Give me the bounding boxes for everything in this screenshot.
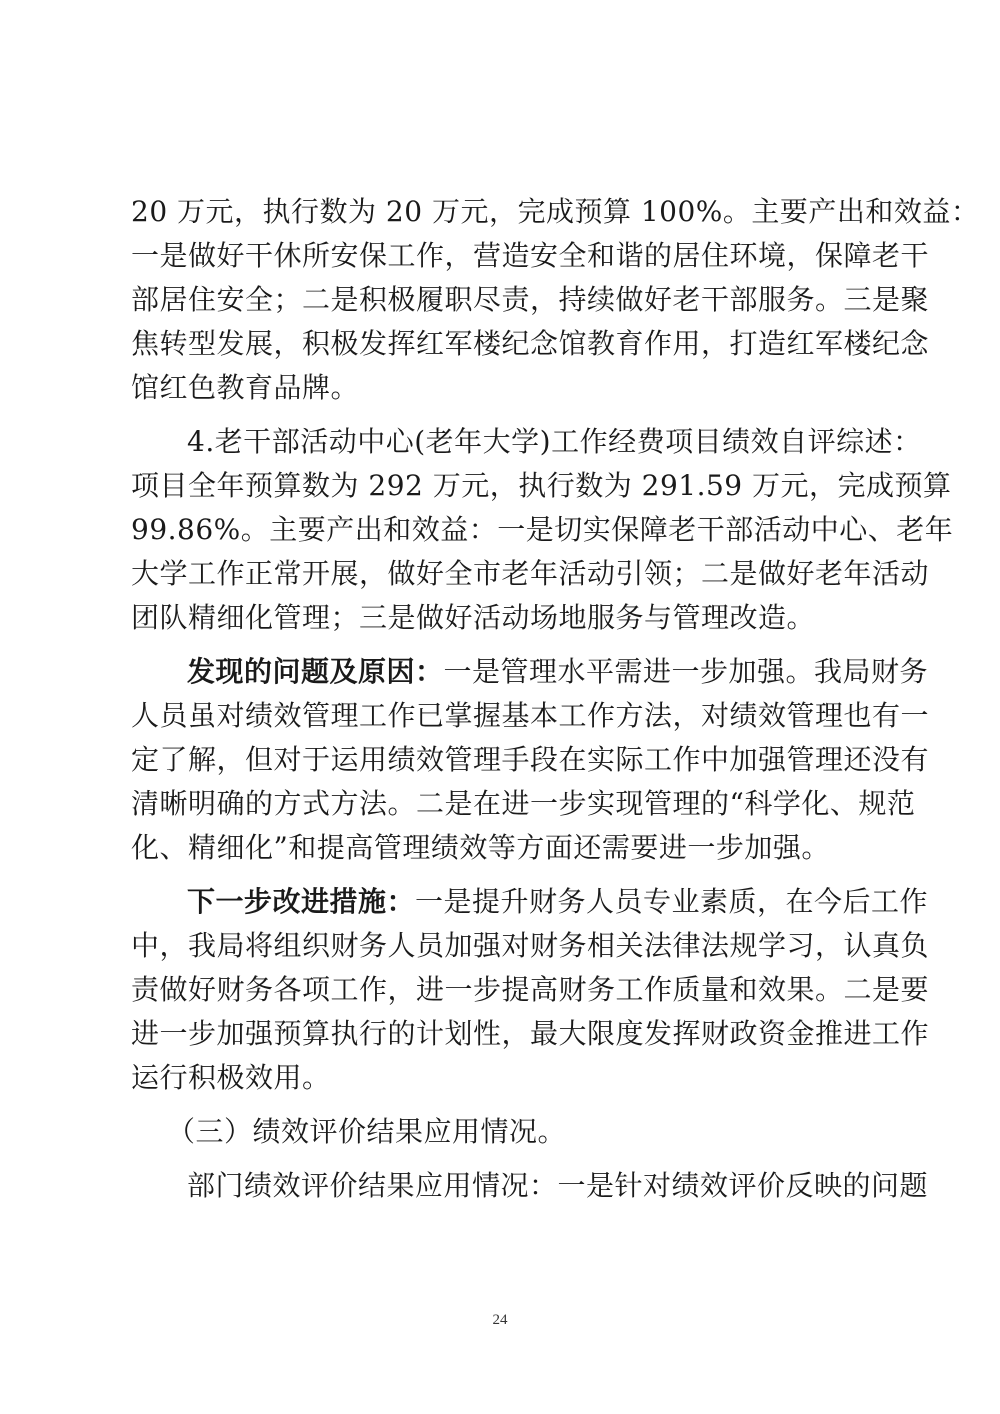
section-heading-evaluation-results: （三）绩效评价结果应用情况。 bbox=[131, 1110, 871, 1154]
document-page: 20 万元，执行数为 20 万元，完成预算 100%。主要产出和效益： 一是做好… bbox=[0, 0, 1000, 1414]
text-line: 部门绩效评价结果应用情况：一是针对绩效评价反映的问题 bbox=[131, 1164, 871, 1208]
text-line: 一是做好干休所安保工作，营造安全和谐的居住环境，保障老干 bbox=[131, 234, 871, 278]
paragraph-improvement-measures: 下一步改进措施：一是提升财务人员专业素质，在今后工作 中，我局将组织财务人员加强… bbox=[131, 880, 871, 1100]
text-line: 中，我局将组织财务人员加强对财务相关法律法规学习，认真负 bbox=[131, 924, 871, 968]
text-line: 部居住安全；二是积极履职尽责，持续做好老干部服务。三是聚 bbox=[131, 278, 871, 322]
text-line: 清晰明确的方式方法。二是在进一步实现管理的“科学化、规范 bbox=[131, 782, 871, 826]
text-line: 运行积极效用。 bbox=[131, 1056, 871, 1100]
text-line: （三）绩效评价结果应用情况。 bbox=[131, 1110, 871, 1154]
text-line: 焦转型发展，积极发挥红军楼纪念馆教育作用，打造红军楼纪念 bbox=[131, 322, 871, 366]
text-line: 责做好财务各项工作，进一步提高财务工作质量和效果。二是要 bbox=[131, 968, 871, 1012]
text-line: 人员虽对绩效管理工作已掌握基本工作方法，对绩效管理也有一 bbox=[131, 694, 871, 738]
paragraph-evaluation-results-application: 部门绩效评价结果应用情况：一是针对绩效评价反映的问题 bbox=[131, 1164, 871, 1208]
paragraph-project-3-summary-continued: 20 万元，执行数为 20 万元，完成预算 100%。主要产出和效益： 一是做好… bbox=[131, 190, 871, 410]
text-line: 进一步加强预算执行的计划性，最大限度发挥财政资金推进工作 bbox=[131, 1012, 871, 1056]
text-line: 定了解，但对于运用绩效管理手段在实际工作中加强管理还没有 bbox=[131, 738, 871, 782]
section-heading-improvements: 下一步改进措施： bbox=[187, 885, 415, 918]
section-heading-issues: 发现的问题及原因： bbox=[187, 655, 444, 688]
text-line: 团队精细化管理；三是做好活动场地服务与管理改造。 bbox=[131, 596, 871, 640]
text-line: 发现的问题及原因：一是管理水平需进一步加强。我局财务 bbox=[131, 650, 871, 694]
paragraph-issues-and-causes: 发现的问题及原因：一是管理水平需进一步加强。我局财务 人员虽对绩效管理工作已掌握… bbox=[131, 650, 871, 870]
text-line: 大学工作正常开展，做好全市老年活动引领；二是做好老年活动 bbox=[131, 552, 871, 596]
document-body: 20 万元，执行数为 20 万元，完成预算 100%。主要产出和效益： 一是做好… bbox=[131, 190, 871, 1208]
text-run: 一是提升财务人员专业素质，在今后工作 bbox=[415, 885, 928, 918]
text-line: 项目全年预算数为 292 万元，执行数为 291.59 万元，完成预算 bbox=[131, 464, 871, 508]
text-line: 4.老干部活动中心(老年大学)工作经费项目绩效自评综述： bbox=[131, 420, 871, 464]
text-line: 20 万元，执行数为 20 万元，完成预算 100%。主要产出和效益： bbox=[131, 190, 871, 234]
text-run: 一是管理水平需进一步加强。我局财务 bbox=[444, 655, 929, 688]
text-line: 化、精细化”和提高管理绩效等方面还需要进一步加强。 bbox=[131, 826, 871, 870]
text-line: 99.86%。主要产出和效益：一是切实保障老干部活动中心、老年 bbox=[131, 508, 871, 552]
text-line: 下一步改进措施：一是提升财务人员专业素质，在今后工作 bbox=[131, 880, 871, 924]
page-number: 24 bbox=[0, 1312, 1000, 1329]
text-line: 馆红色教育品牌。 bbox=[131, 366, 871, 410]
paragraph-project-4-summary: 4.老干部活动中心(老年大学)工作经费项目绩效自评综述： 项目全年预算数为 29… bbox=[131, 420, 871, 640]
